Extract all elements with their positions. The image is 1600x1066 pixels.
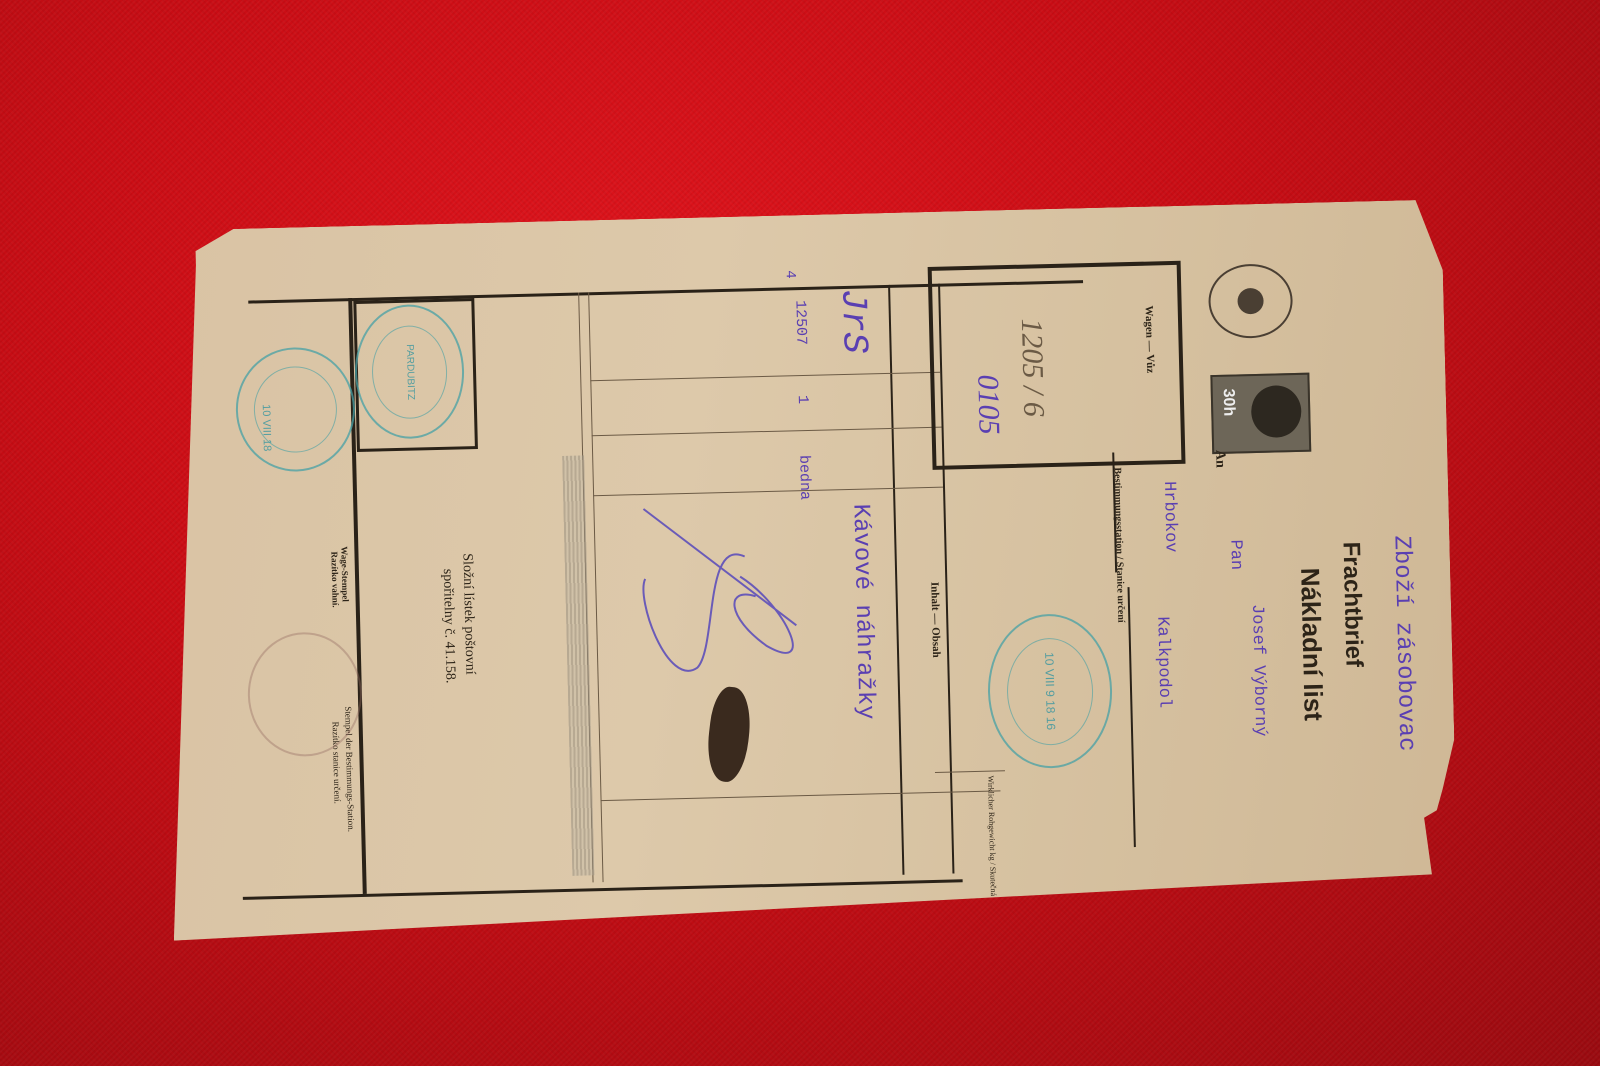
contents-label: Inhalt — Obsah [928, 582, 942, 658]
postmark-left: 10 VIII 18 [234, 346, 356, 473]
wagon-label: Wagen — Vůz [1143, 305, 1157, 373]
payment-note-line1: Složní lístek poštovní [458, 553, 477, 675]
postmark-pardubitz: 10 VIII 9 18 16 [986, 613, 1114, 770]
consignment-number: 12507 [791, 300, 809, 345]
recipient-title: Pan [1225, 539, 1245, 570]
handwritten-signature [623, 495, 828, 710]
handwritten-weight: 1205 / 6 [1014, 318, 1050, 417]
gray-strip [562, 455, 594, 875]
bottom-border-line [243, 879, 963, 900]
emperor-portrait-icon [1251, 385, 1302, 438]
handwritten-code: 0105 [970, 374, 1005, 435]
wagon-stamp-label-cs: Razítko vahní. [329, 551, 340, 607]
field-line [1128, 587, 1136, 847]
side-number: 4 [782, 270, 798, 279]
packaging: bedna [795, 455, 813, 500]
row-line [592, 427, 942, 437]
row-line [601, 790, 1001, 801]
wagon-stamp-label-de: Wage-Stempel [339, 546, 350, 602]
eagle-icon [1237, 288, 1264, 315]
stamp-value: 30h [1219, 388, 1238, 416]
goods-supply-stamp: Zboží zásobovac [1387, 535, 1419, 752]
recipient-name: Josef Výborný [1247, 604, 1269, 737]
row-line [935, 770, 1005, 773]
row-line [593, 487, 943, 497]
wagon-box: Wagen — Vůz 1205 / 6 0105 [928, 261, 1186, 470]
imperial-seal [1208, 263, 1294, 339]
postage-stamp: 30h [1210, 373, 1311, 454]
destination-station: Hrbokov [1159, 481, 1180, 553]
row-line [590, 372, 940, 382]
title-german: Frachtbrief [1336, 541, 1367, 667]
destination-place: Kalkpodol [1152, 616, 1173, 708]
title-czech: Nákladní list [1294, 567, 1329, 721]
freight-document: Wagen — Vůz 1205 / 6 0105 30h Zboží záso… [157, 199, 1459, 940]
contents-value: Kávové náhražky [846, 503, 878, 720]
shipping-mark: JrS [832, 288, 875, 354]
payment-note-line2: spořitelny č. 41.158. [439, 569, 458, 684]
recipient-label: An [1211, 450, 1227, 468]
quantity: 1 [794, 395, 811, 404]
